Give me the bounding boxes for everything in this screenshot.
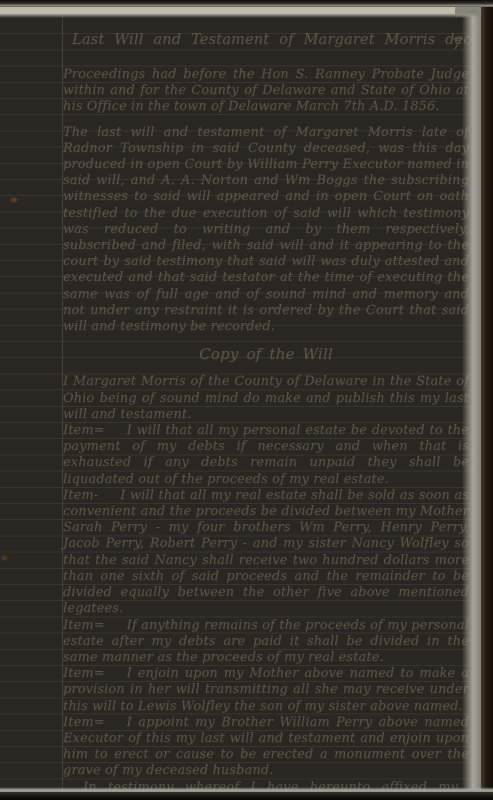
will-heading: Copy of the Will <box>63 346 469 362</box>
item-label: Item= <box>63 423 105 439</box>
item-label: Item= <box>63 618 105 634</box>
will-item: Item=I enjoin upon my Mother above named… <box>63 666 469 715</box>
stain-mark <box>11 198 17 202</box>
scanned-will-page: Last Will and Testament of Margaret Morr… <box>0 0 493 800</box>
item-text: I appoint my Brother William Perry above… <box>63 715 469 779</box>
page-edge-strip <box>0 7 481 18</box>
page-stack-edge <box>462 0 482 792</box>
will-item: Item=I appoint my Brother William Perry … <box>63 715 469 780</box>
item-text: If anything remains of the proceeds of m… <box>63 618 469 665</box>
item-label: Item- <box>63 488 98 504</box>
item-text: I will that all my personal estate be de… <box>63 423 469 487</box>
document-body: Proceedings had before the Hon S. Ranney… <box>63 67 469 796</box>
proceedings-paragraph: Proceedings had before the Hon S. Ranney… <box>63 67 469 116</box>
book-gutter-edge <box>481 0 493 800</box>
document-title: Last Will and Testament of Margaret Morr… <box>72 32 452 48</box>
item-text: I will that all my real estate shall be … <box>63 488 469 616</box>
will-item: Item=If anything remains of the proceeds… <box>63 618 469 667</box>
court-record-paragraph: The last will and testament of Margaret … <box>63 125 469 336</box>
book-bottom-edge <box>0 792 493 800</box>
will-item: Item-I will that all my real estate shal… <box>63 488 469 618</box>
item-label: Item= <box>63 666 105 682</box>
item-text: I enjoin upon my Mother above named to m… <box>63 666 469 713</box>
book-top-edge <box>0 0 493 7</box>
will-item: Item=I will that all my personal estate … <box>63 423 469 488</box>
will-preamble: I Margaret Morris of the County of Delaw… <box>63 374 469 423</box>
stain-mark <box>2 556 7 560</box>
item-label: Item= <box>63 715 105 731</box>
